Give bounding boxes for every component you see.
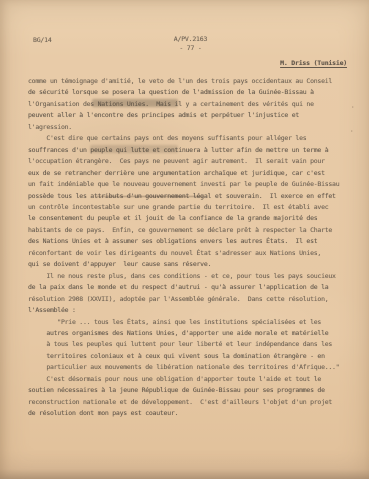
text-line: de sécurité lorsque se posera la questio… [28,87,362,98]
text-line: autres organismes des Nations Unies, d'a… [28,328,362,339]
page-number: - 77 - [0,44,369,52]
paragraph: comme un témoignage d'amitié, le veto de… [28,76,362,133]
text-line: comme un témoignage d'amitié, le veto de… [28,76,362,87]
text-line: l'occupation étrangère. Ces pays ne peuv… [28,156,362,167]
text-line: soutien nécessaires à la jeune Républiqu… [28,385,362,396]
text-line: de la paix dans le monde et du respect d… [28,282,362,293]
text-line: C'est désormais pour nous une obligation… [28,374,362,385]
paragraph: C'est dire que certains pays ont des moy… [28,133,362,270]
paragraph: "Prie ... tous les États, ainsi que les … [28,317,362,374]
ink-speck: · [350,129,354,135]
text-line: des Nations Unies et à assumer ses oblig… [28,236,362,247]
text-line: reconstruction nationale et de développe… [28,397,362,408]
text-line: Il ne nous reste plus, dans ces conditio… [28,271,362,282]
text-line: l'agression. [28,122,362,133]
text-line: particulier aux mouvements de libération… [28,362,362,373]
text-line: souffrances d'un peuple qui lutte et con… [28,145,362,156]
text-line: "Prie ... tous les États, ainsi que les … [28,317,362,328]
paragraph: C'est désormais pour nous une obligation… [28,374,362,420]
document-body: comme un témoignage d'amitié, le veto de… [28,76,362,420]
ink-speck: · [351,105,355,111]
text-line: réconfortant de voir les dirigeants du n… [28,248,362,259]
doc-symbol: A/PV.2163 [0,35,369,43]
text-line: un contrôle incontestable sur une grande… [28,202,362,213]
text-line: habitants de ce pays. Enfin, ce gouverne… [28,225,362,236]
text-line: résolution 2908 (XXVII), adoptée par l'A… [28,294,362,305]
document-page: BG/14 A/PV.2163 - 77 - M. Driss (Tunisie… [0,0,369,479]
scan-bottom-edge [0,469,369,479]
text-line: territoires coloniaux et à ceux qui vive… [28,351,362,362]
underline-artifact [96,196,204,197]
text-line: C'est dire que certains pays ont des moy… [28,133,362,144]
paragraph: Il ne nous reste plus, dans ces conditio… [28,271,362,317]
text-line: peuvent aller à l'encontre des principes… [28,110,362,121]
text-line: le consentement du peuple et il jouit de… [28,213,362,224]
text-line: l'Organisation des Nations Unies. Mais i… [28,99,362,110]
text-line: l'Assemblée : [28,305,362,316]
text-line: qui se doivent d'appuyer leur cause sans… [28,259,362,270]
speaker-name: M. Driss (Tunisie) [280,59,347,67]
text-line: un fait indéniable que le nouveau gouver… [28,179,362,190]
text-line: à tous les peuples qui luttent pour leur… [28,339,362,350]
text-line: eux de se retrancher derrière une argume… [28,168,362,179]
text-line: de résolution dont mon pays est coauteur… [28,408,362,419]
